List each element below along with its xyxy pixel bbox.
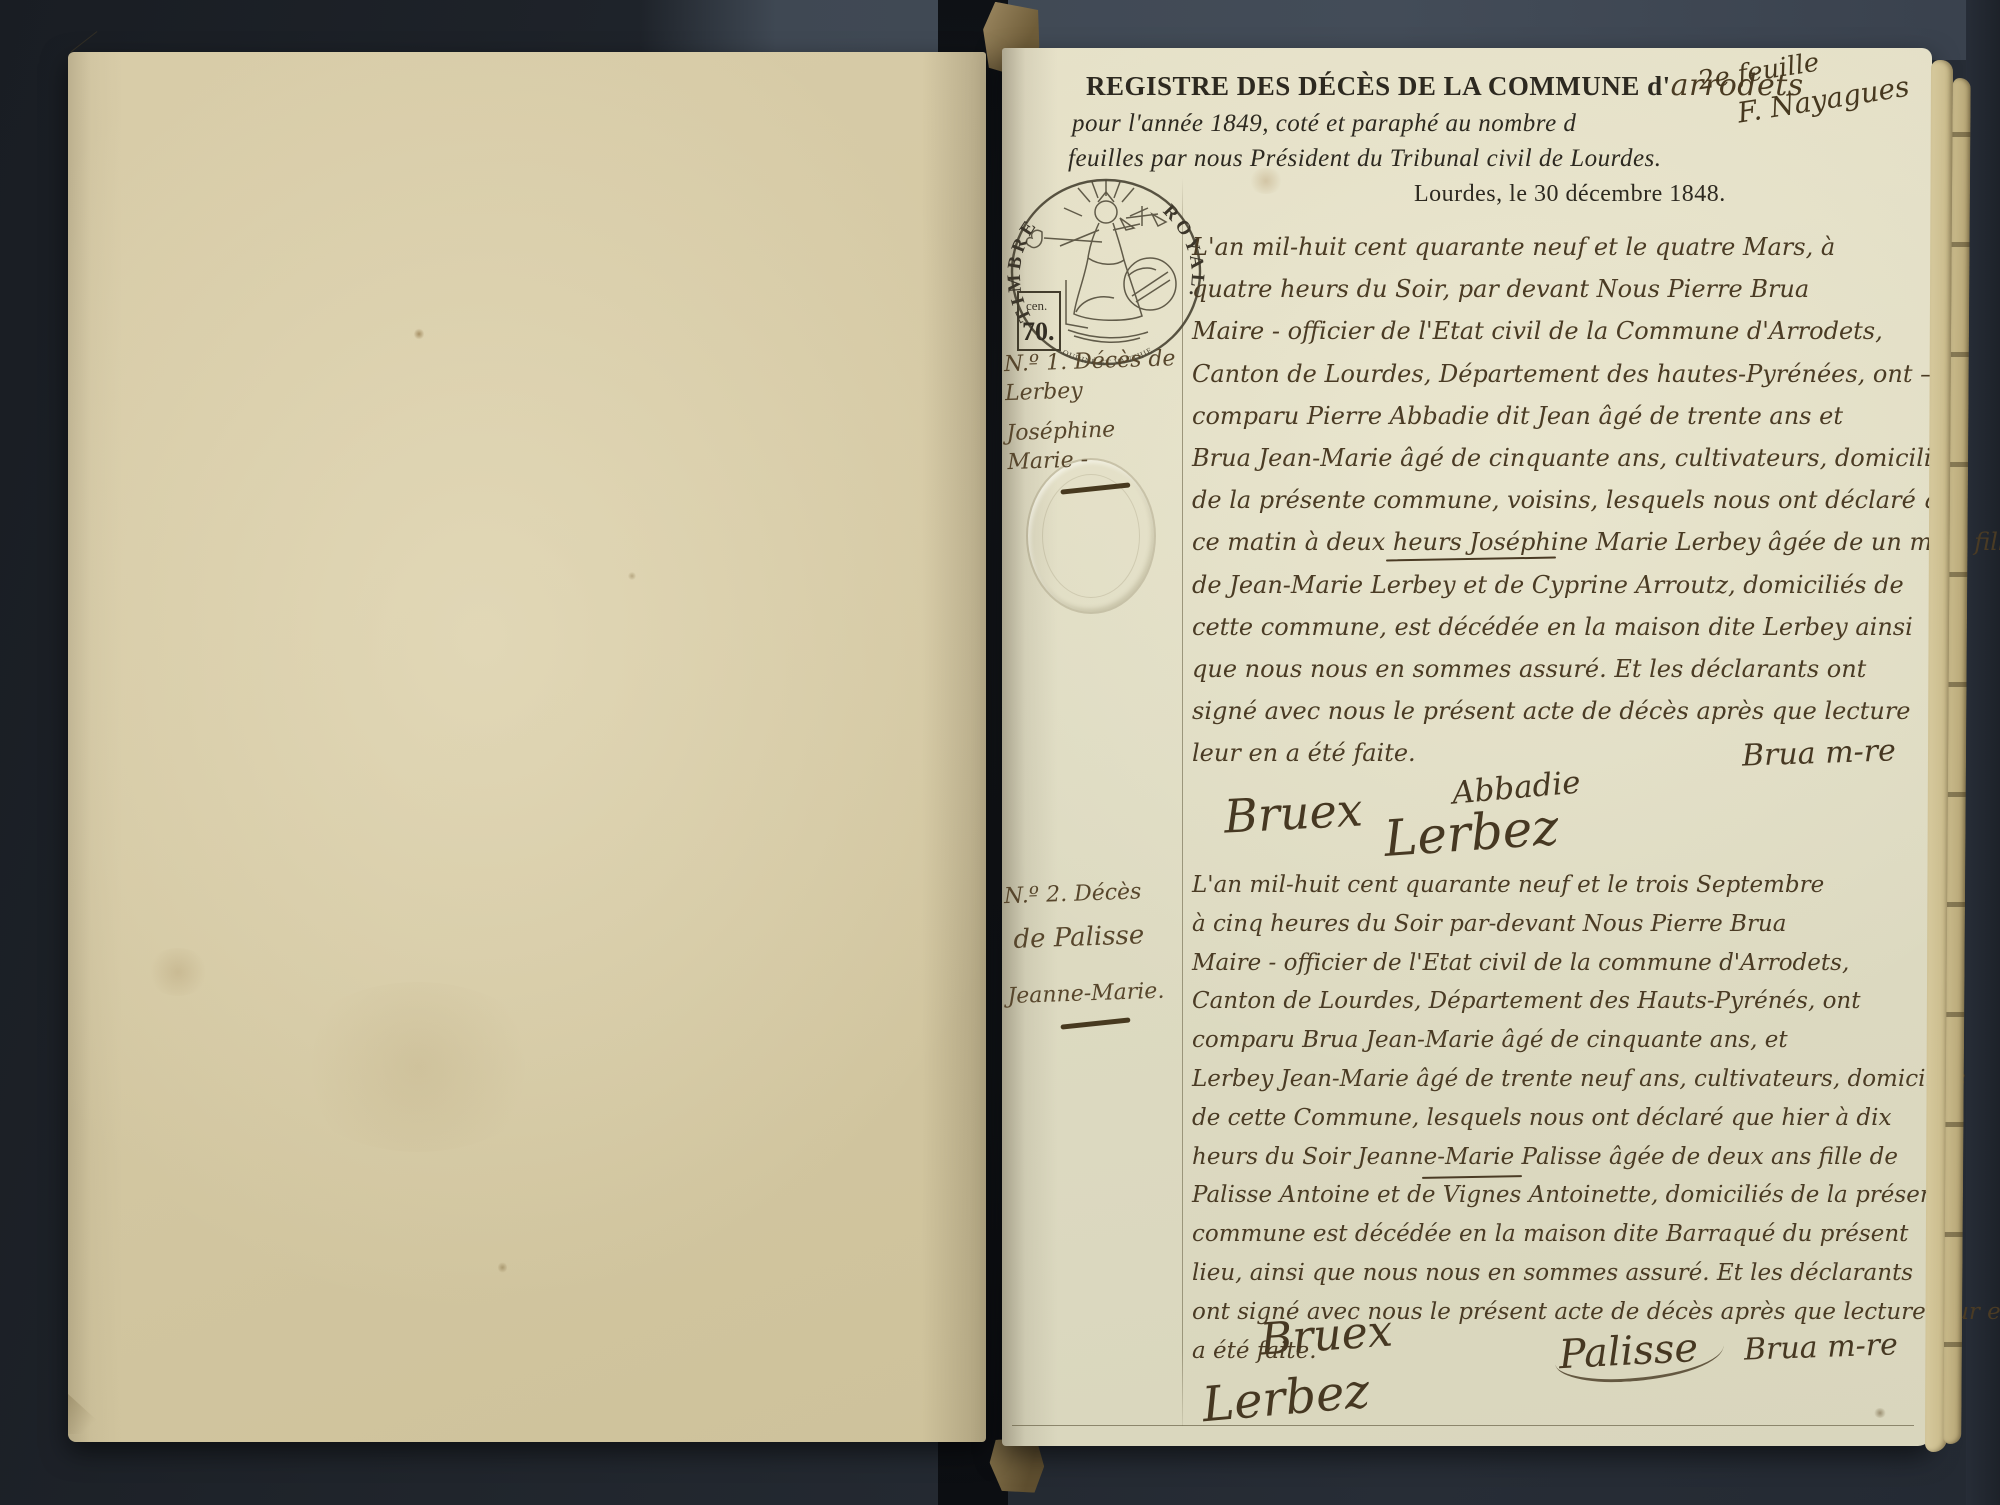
margin-note-act1-line2: Joséphine Marie - [1006, 414, 1186, 477]
header-title-printed: REGISTRE DES DÉCÈS DE LA COMMUNE d' [1086, 71, 1671, 101]
scanned-register-spread: REGISTRE DES DÉCÈS DE LA COMMUNE d'arrod… [0, 0, 2000, 1505]
act1-line: de la présente commune, voisins, lesquel… [1192, 479, 1942, 521]
paper-stain [1874, 1408, 1886, 1418]
act2-line: Canton de Lourdes, Département des Hauts… [1192, 982, 1942, 1021]
margin-flourish [1060, 1017, 1130, 1029]
act2-line: lieu, ainsi que nous nous en sommes assu… [1192, 1254, 1942, 1293]
margin-note-act2-line1: N.º 2. Décès [1004, 877, 1183, 912]
act2-line: commune est décédée en la maison dite Ba… [1192, 1215, 1942, 1254]
act2-line: heurs du Soir Jeanne-Marie Palisse âgée … [1192, 1138, 1942, 1177]
act2-line: de cette Commune, lesquels nous ont décl… [1192, 1099, 1942, 1138]
margin-note-act2: N.º 2. Décès de Palisse Jeanne-Marie. [1004, 877, 1187, 1029]
act2-line: comparu Brua Jean-Marie âgé de cinquante… [1192, 1021, 1942, 1060]
header-line3: feuilles par nous Président du Tribunal … [1068, 145, 1886, 173]
act1-line: ce matin à deux heurs Joséphine Marie Le… [1192, 521, 1942, 563]
paper-stain [146, 948, 210, 996]
left-blank-page [68, 52, 986, 1442]
act1-line: de Jean-Marie Lerbey et de Cyprine Arrou… [1192, 564, 1942, 606]
signature-maire-act1: Brua m-re [1741, 733, 1896, 773]
signature-lerbez-act2: Lerbez [1200, 1363, 1372, 1433]
act2-line: Maire - officier de l'Etat civil de la c… [1192, 944, 1942, 983]
death-act-1-text: L'an mil-huit cent quarante neuf et le q… [1192, 226, 1942, 775]
act1-line: Canton de Lourdes, Département des haute… [1192, 353, 1942, 395]
act2-line: L'an mil-huit cent quarante neuf et le t… [1192, 866, 1942, 905]
paper-stain [628, 572, 636, 580]
right-register-page: REGISTRE DES DÉCÈS DE LA COMMUNE d'arrod… [1002, 48, 1932, 1446]
act2-line: Lerbey Jean-Marie âgé de trente neuf ans… [1192, 1060, 1942, 1099]
act1-line: quatre heurs du Soir, par devant Nous Pi… [1192, 268, 1942, 310]
signature-bruex-act1: Bruex [1223, 782, 1364, 843]
book-cover-right-edge [1966, 0, 2000, 1505]
act1-line: comparu Pierre Abbadie dit Jean âgé de t… [1192, 395, 1942, 437]
act2-line: à cinq heures du Soir par-devant Nous Pi… [1192, 905, 1942, 944]
signature-maire-act2: Brua m-re [1743, 1327, 1898, 1367]
act1-line: Maire - officier de l'Etat civil de la C… [1192, 310, 1942, 352]
death-act-2-text: L'an mil-huit cent quarante neuf et le t… [1192, 866, 1942, 1370]
paper-stain [414, 328, 424, 340]
paper-stain [498, 1262, 507, 1273]
act1-line: cette commune, est décédée en la maison … [1192, 606, 1942, 648]
timbre-royal-stamp: cen. 70. TIMBRE ROYAL. OUDINÉ ET VAUTHIE… [1002, 172, 1212, 374]
margin-note-act2-line2: de Palisse [1013, 918, 1184, 958]
act1-line: que nous nous en sommes assuré. Et les d… [1192, 648, 1942, 690]
paper-stain [288, 982, 548, 1152]
signature-palisse-act2: Palisse [1554, 1324, 1726, 1386]
margin-note-act1: N.º 1. Décès de Lerbey Joséphine Marie - [1004, 345, 1187, 494]
signature-bruex-act2: Bruex [1258, 1305, 1394, 1365]
margin-note-act2-line3: Jeanne-Marie. [1007, 977, 1186, 1012]
footer-rule-horizontal [1012, 1425, 1914, 1426]
act1-line: Brua Jean-Marie âgé de cinquante ans, cu… [1192, 437, 1942, 479]
margin-note-act1-line1: N.º 1. Décès de Lerbey [1004, 345, 1184, 408]
act2-line: Palisse Antoine et de Vignes Antoinette,… [1192, 1176, 1942, 1215]
act1-line: L'an mil-huit cent quarante neuf et le q… [1192, 226, 1942, 268]
stamp-cent-value: 70. [1022, 317, 1055, 346]
act1-line: signé avec nous le présent acte de décès… [1192, 690, 1942, 732]
